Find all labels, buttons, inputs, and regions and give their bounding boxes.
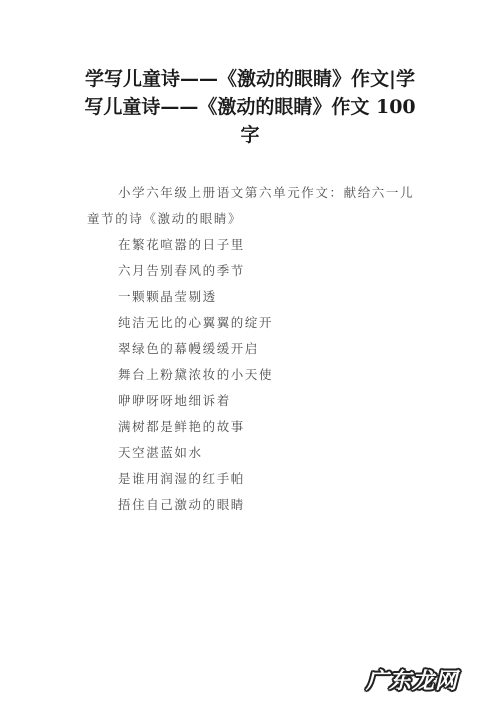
poem: 在繁花喧嚣的日子里 六月告别春风的季节 一颗颗晶莹剔透 纯洁无比的心翼翼的绽开 … — [87, 232, 417, 518]
poem-line: 舞台上粉黛浓妆的小天使 — [87, 362, 417, 388]
poem-line: 捂住自己激动的眼睛 — [87, 492, 417, 518]
document-page: 学写儿童诗——《激动的眼睛》作文|学 写儿童诗——《激动的眼睛》作文 100 字… — [0, 0, 500, 708]
poem-line: 一颗颗晶莹剔透 — [87, 284, 417, 310]
title-line-3: 字 — [70, 121, 430, 149]
poem-line: 是谁用润湿的红手帕 — [87, 466, 417, 492]
watermark-logo: 广东龙网 — [366, 664, 458, 695]
poem-line: 咿咿呀呀地细诉着 — [87, 388, 417, 414]
title-line-2: 写儿童诗——《激动的眼睛》作文 100 — [70, 93, 430, 121]
poem-line: 在繁花喧嚣的日子里 — [87, 232, 417, 258]
poem-line: 满树都是鲜艳的故事 — [87, 414, 417, 440]
document-title: 学写儿童诗——《激动的眼睛》作文|学 写儿童诗——《激动的眼睛》作文 100 字 — [70, 65, 430, 149]
title-line-1: 学写儿童诗——《激动的眼睛》作文|学 — [70, 65, 430, 93]
poem-line: 天空湛蓝如水 — [87, 440, 417, 466]
intro-paragraph: 小学六年级上册语文第六单元作文：献给六一儿童节的诗《激动的眼睛》 — [87, 180, 417, 232]
poem-line: 六月告别春风的季节 — [87, 258, 417, 284]
poem-line: 翠绿色的幕幔缓缓开启 — [87, 336, 417, 362]
poem-line: 纯洁无比的心翼翼的绽开 — [87, 310, 417, 336]
document-body: 小学六年级上册语文第六单元作文：献给六一儿童节的诗《激动的眼睛》 在繁花喧嚣的日… — [87, 180, 417, 518]
